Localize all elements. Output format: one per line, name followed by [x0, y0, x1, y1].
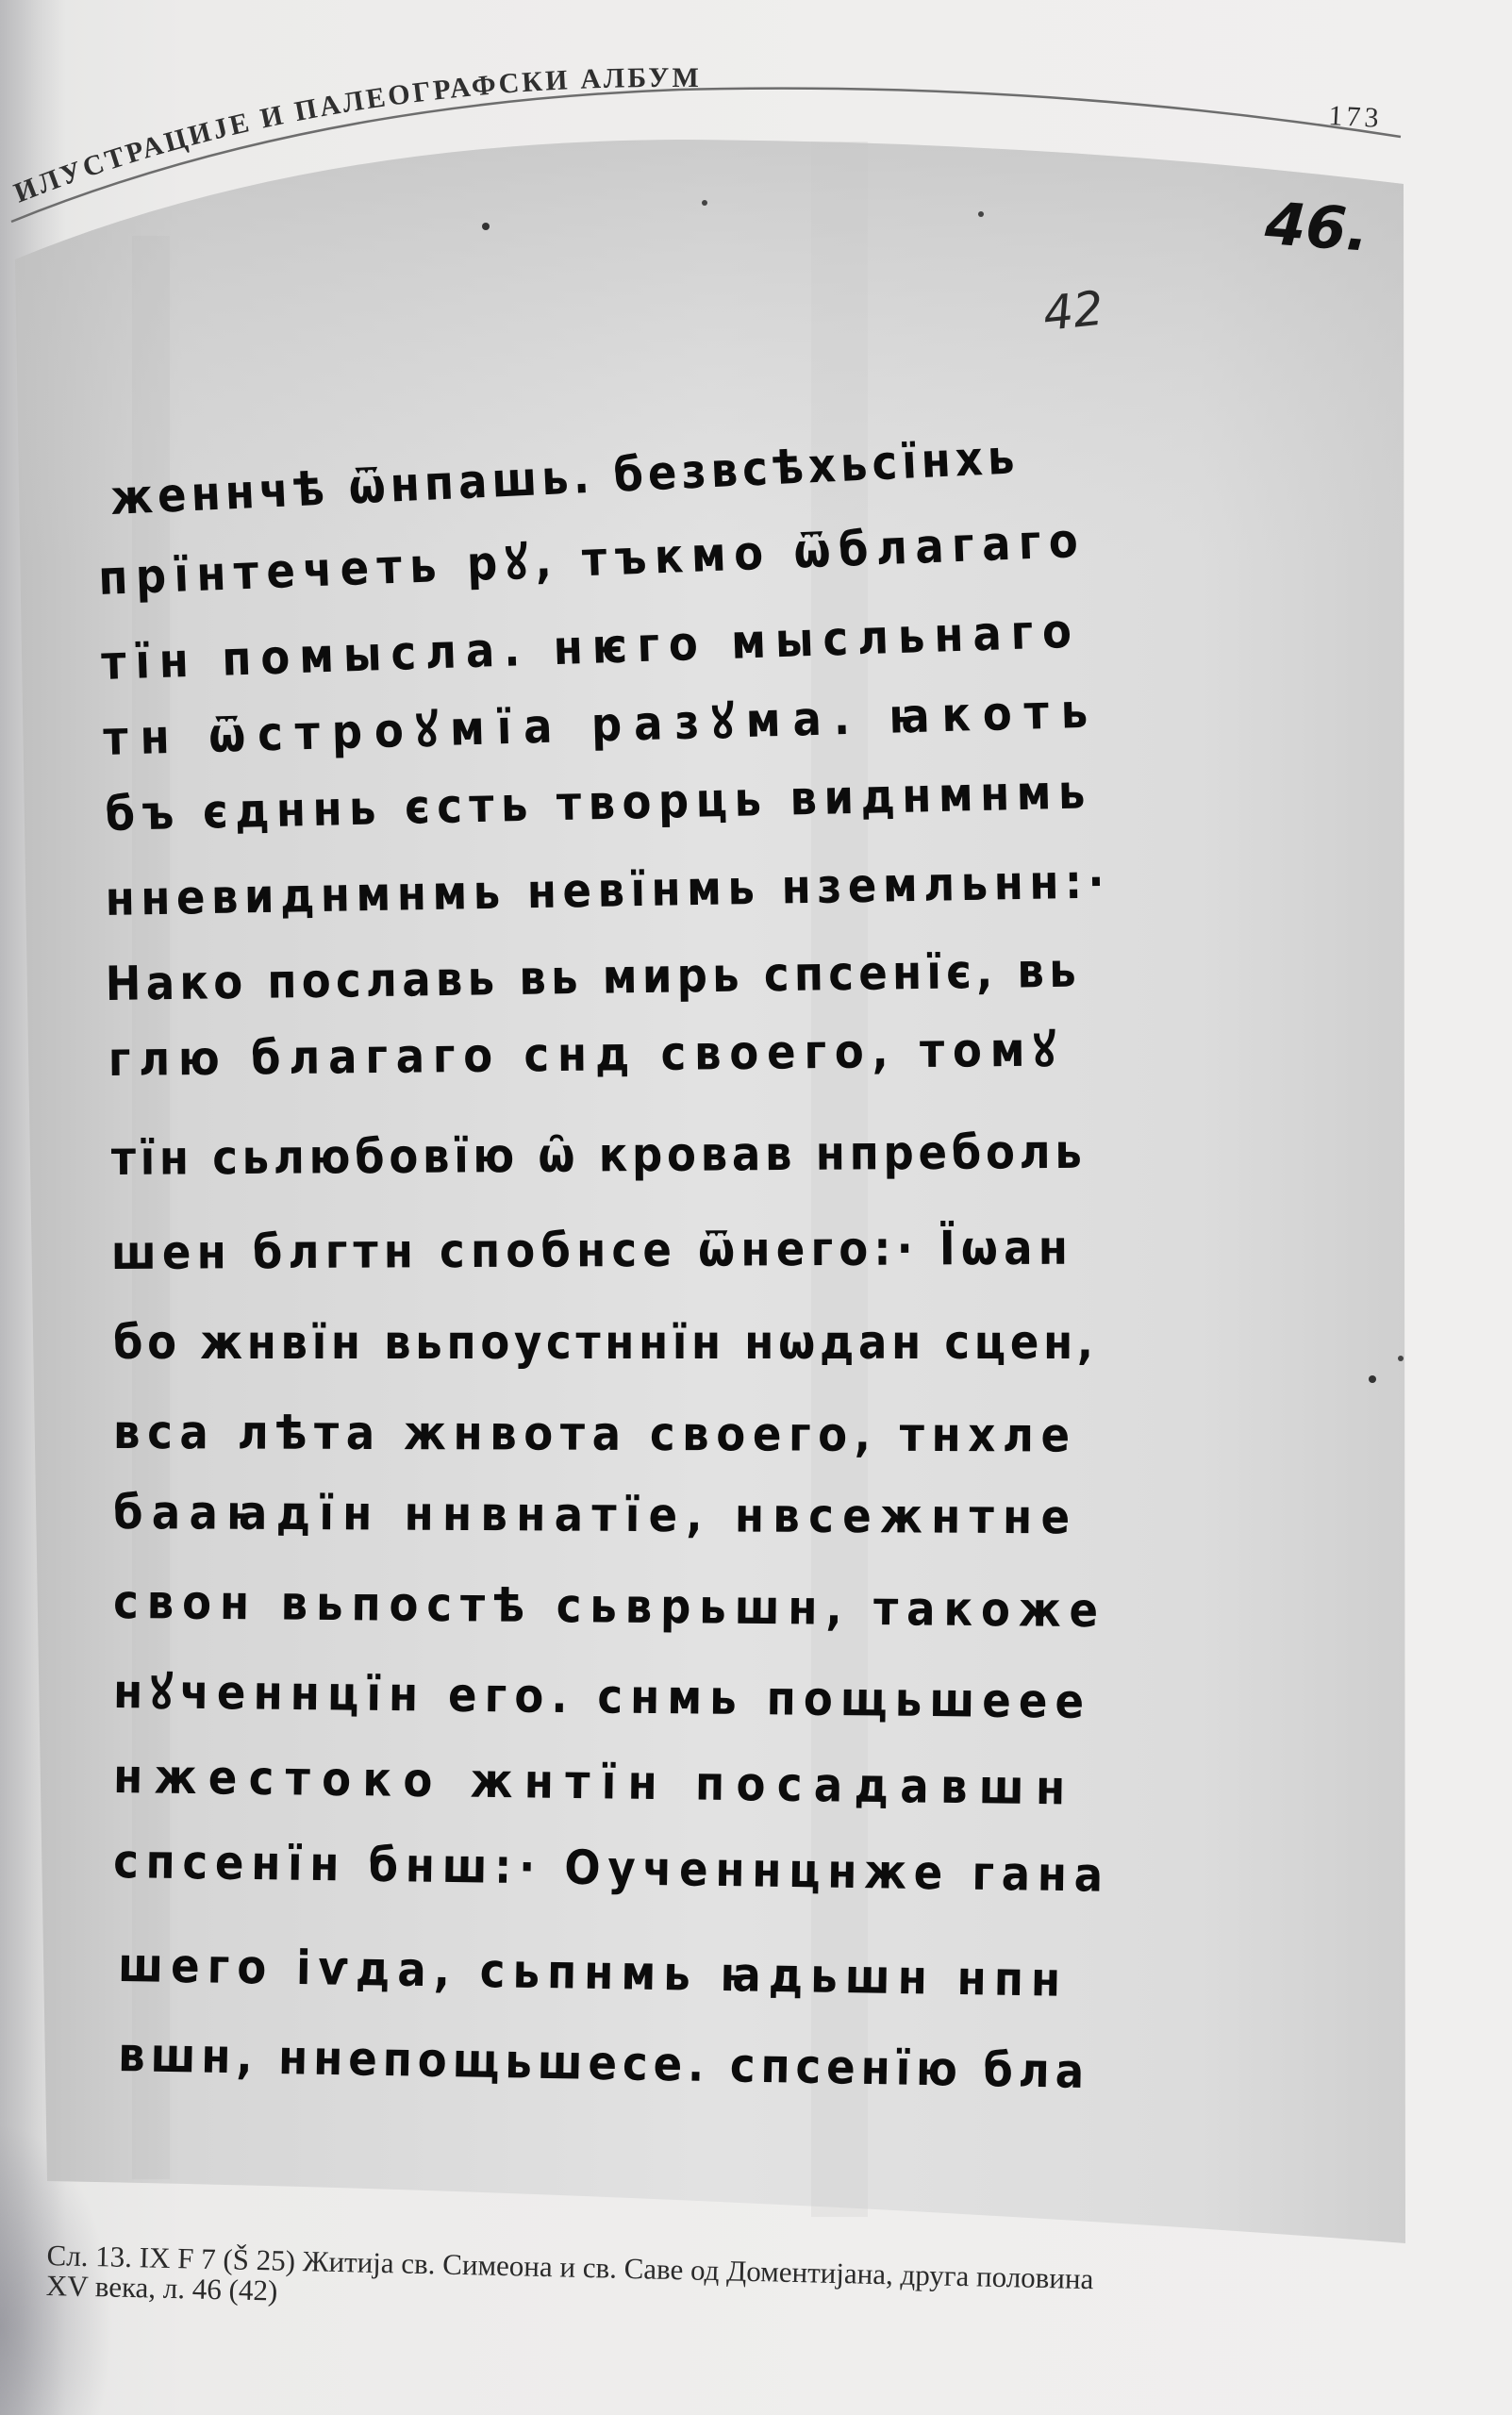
- manuscript-line: нжестоко жнтїн посадавшн: [113, 1749, 1067, 1815]
- book-page: ИЛУСТРАЦИЈЕ И ПАЛЕОГРАФСКИ АЛБУМ 173 46.…: [0, 0, 1512, 2415]
- page-number: 173: [1328, 100, 1384, 134]
- manuscript-line: шен блгтн спобнсе ѿнего:· Їѡан: [111, 1221, 1069, 1280]
- folio-number: 46.: [1262, 189, 1371, 265]
- page-graphics: ИЛУСТРАЦИЈЕ И ПАЛЕОГРАФСКИ АЛБУМ 173 46.…: [0, 0, 1512, 2415]
- manuscript-line: свон вьпостѣ сьврьшн, такоже: [113, 1574, 1099, 1638]
- old-folio-number: 42: [1040, 281, 1105, 341]
- manuscript-line: нꙋченнцїн его. снмь пощьшеее: [113, 1664, 1086, 1729]
